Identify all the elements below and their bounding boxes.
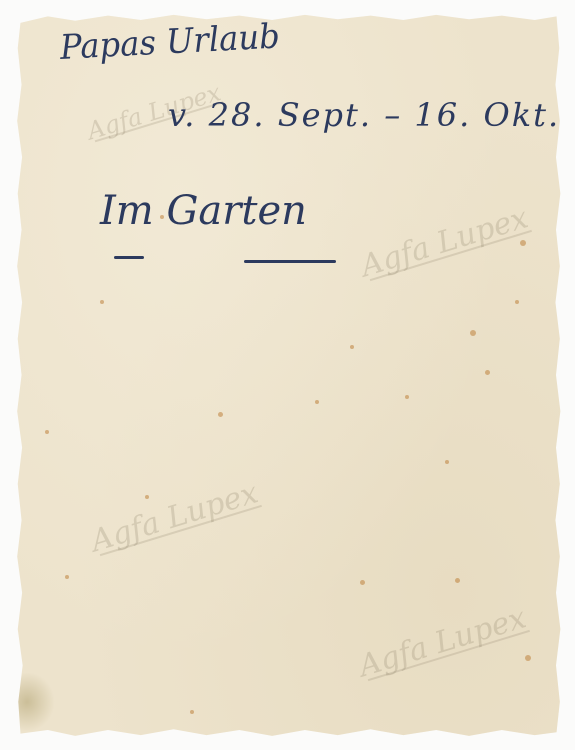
foxing-spot bbox=[190, 710, 194, 714]
foxing-spot bbox=[360, 580, 365, 585]
inscription-line-2: v. 28. Sept. – 16. Okt. bbox=[168, 96, 560, 134]
foxing-spot bbox=[455, 578, 460, 583]
inscription-line-3: Im Garten bbox=[100, 188, 307, 234]
foxing-spot bbox=[218, 412, 223, 417]
foxing-spot bbox=[145, 495, 149, 499]
foxing-spot bbox=[45, 430, 49, 434]
foxing-spot bbox=[405, 395, 409, 399]
stain-mark bbox=[15, 672, 55, 732]
foxing-spot bbox=[525, 655, 531, 661]
foxing-spot bbox=[65, 575, 69, 579]
foxing-spot bbox=[445, 460, 449, 464]
foxing-spot bbox=[520, 240, 526, 246]
underline-mark bbox=[244, 260, 336, 263]
foxing-spot bbox=[315, 400, 319, 404]
foxing-spot bbox=[485, 370, 490, 375]
foxing-spot bbox=[470, 330, 476, 336]
foxing-spot bbox=[350, 345, 354, 349]
foxing-spot bbox=[515, 300, 519, 304]
underline-mark bbox=[114, 256, 144, 259]
foxing-spot bbox=[100, 300, 104, 304]
foxing-spot bbox=[160, 215, 164, 219]
